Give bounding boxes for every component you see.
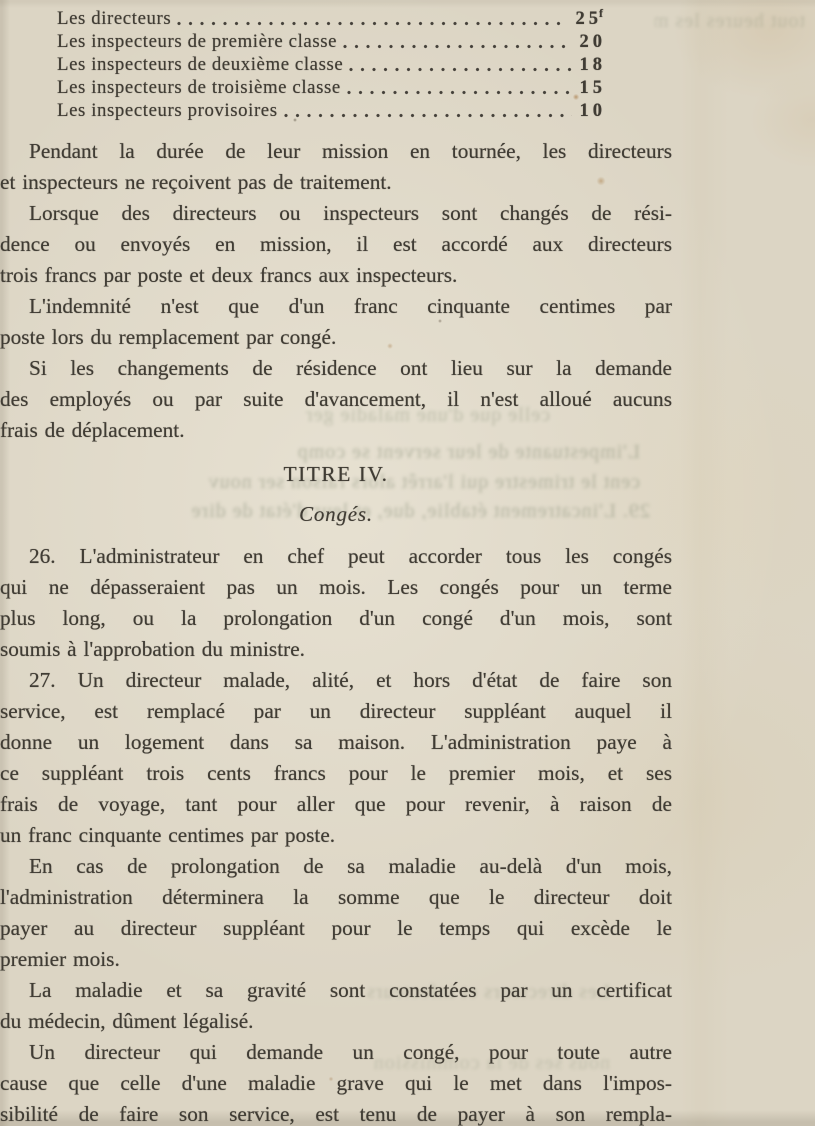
- text-line: du médecin, dûment légalisé.: [0, 1006, 672, 1037]
- dot-leader: [177, 20, 567, 27]
- text-line: La maladie et sa gravité sont constatées…: [0, 975, 672, 1006]
- fee-table: Les directeurs 25f Les inspecteurs de pr…: [57, 8, 603, 123]
- fee-value: 18: [580, 54, 604, 77]
- text-line: frais de déplacement.: [0, 415, 672, 446]
- text-line: service, est remplacé par un directeur s…: [0, 696, 672, 727]
- paragraph: La maladie et sa gravité sont constatées…: [0, 975, 672, 1037]
- dot-leader: [343, 43, 571, 50]
- fee-table-row: Les inspecteurs de troisième classe 15: [57, 77, 603, 100]
- fee-table-row: Les directeurs 25f: [57, 8, 603, 31]
- text-line: Un directeur qui demande un congé, pour …: [0, 1037, 672, 1068]
- text-line: plus long, ou la prolongation d'un congé…: [0, 603, 672, 634]
- dot-leader: [284, 112, 572, 119]
- text-line: dence ou envoyés en mission, il est acco…: [0, 229, 672, 260]
- text-line: L'indemnité n'est que d'un franc cinquan…: [0, 291, 672, 322]
- body-text: Pendant la durée de leur mission en tour…: [0, 136, 672, 1126]
- text-line: frais de voyage, tant pour aller que pou…: [0, 789, 672, 820]
- fee-table-row: Les inspecteurs de deuxième classe 18: [57, 54, 603, 77]
- section-subtitle: Congés.: [0, 499, 672, 530]
- text-column: Les directeurs 25f Les inspecteurs de pr…: [0, 0, 672, 1126]
- section-title: TITRE IV.: [0, 459, 672, 490]
- text-line: Lorsque des directeurs ou inspecteurs so…: [0, 198, 672, 229]
- text-line: premier mois.: [0, 944, 672, 975]
- text-line: En cas de prolongation de sa maladie au-…: [0, 851, 672, 882]
- fee-value: 25f: [576, 8, 604, 31]
- dot-leader: [349, 66, 571, 73]
- text-line: qui ne dépasseraient pas un mois. Les co…: [0, 572, 672, 603]
- text-line: ce suppléant trois cents francs pour le …: [0, 758, 672, 789]
- fee-value: 20: [580, 31, 604, 54]
- paragraph-article-26: 26. L'administrateur en chef peut accord…: [0, 541, 672, 665]
- paragraph: Lorsque des directeurs ou inspecteurs so…: [0, 198, 672, 291]
- paragraph: L'indemnité n'est que d'un franc cinquan…: [0, 291, 672, 353]
- paragraph: Un directeur qui demande un congé, pour …: [0, 1037, 672, 1126]
- bleedthrough-text: tout heures les mois ont: [655, 10, 805, 33]
- fee-label: Les inspecteurs provisoires: [57, 100, 278, 122]
- text-line: Si les changements de résidence ont lieu…: [0, 353, 672, 384]
- fee-label: Les directeurs: [57, 8, 171, 30]
- scanned-book-page: tout heures les mois ont celle que d'une…: [0, 0, 815, 1126]
- text-line: donne un logement dans sa maison. L'admi…: [0, 727, 672, 758]
- text-line: des employés ou par suite d'avancement, …: [0, 384, 672, 415]
- text-line: l'administration déterminera la somme qu…: [0, 882, 672, 913]
- fee-value: 15: [580, 77, 604, 100]
- text-line: sibilité de faire son service, est tenu …: [0, 1099, 672, 1126]
- paragraph: En cas de prolongation de sa maladie au-…: [0, 851, 672, 975]
- paragraph: Si les changements de résidence ont lieu…: [0, 353, 672, 446]
- fee-value-superscript: f: [599, 6, 603, 20]
- dot-leader: [347, 89, 572, 96]
- fee-value: 10: [580, 100, 604, 123]
- fee-label: Les inspecteurs de troisième classe: [57, 77, 341, 99]
- text-line: poste lors du remplacement par congé.: [0, 322, 672, 353]
- paragraph-article-27: 27. Un directeur malade, alité, et hors …: [0, 665, 672, 851]
- text-line: 27. Un directeur malade, alité, et hors …: [0, 665, 672, 696]
- text-line: 26. L'administrateur en chef peut accord…: [0, 541, 672, 572]
- fee-table-row: Les inspecteurs provisoires 10: [57, 100, 603, 123]
- text-line: trois francs par poste et deux francs au…: [0, 260, 672, 291]
- fee-table-row: Les inspecteurs de première classe 20: [57, 31, 603, 54]
- text-line: Pendant la durée de leur mission en tour…: [0, 136, 672, 167]
- text-line: payer au directeur suppléant pour le tem…: [0, 913, 672, 944]
- paragraph: Pendant la durée de leur mission en tour…: [0, 136, 672, 198]
- text-line: cause que celle d'une maladie grave qui …: [0, 1068, 672, 1099]
- fee-label: Les inspecteurs de première classe: [57, 31, 337, 53]
- text-line: et inspecteurs ne reçoivent pas de trait…: [0, 167, 672, 198]
- text-line: soumis à l'approbation du ministre.: [0, 634, 672, 665]
- text-line: un franc cinquante centimes par poste.: [0, 820, 672, 851]
- fee-label: Les inspecteurs de deuxième classe: [57, 54, 343, 76]
